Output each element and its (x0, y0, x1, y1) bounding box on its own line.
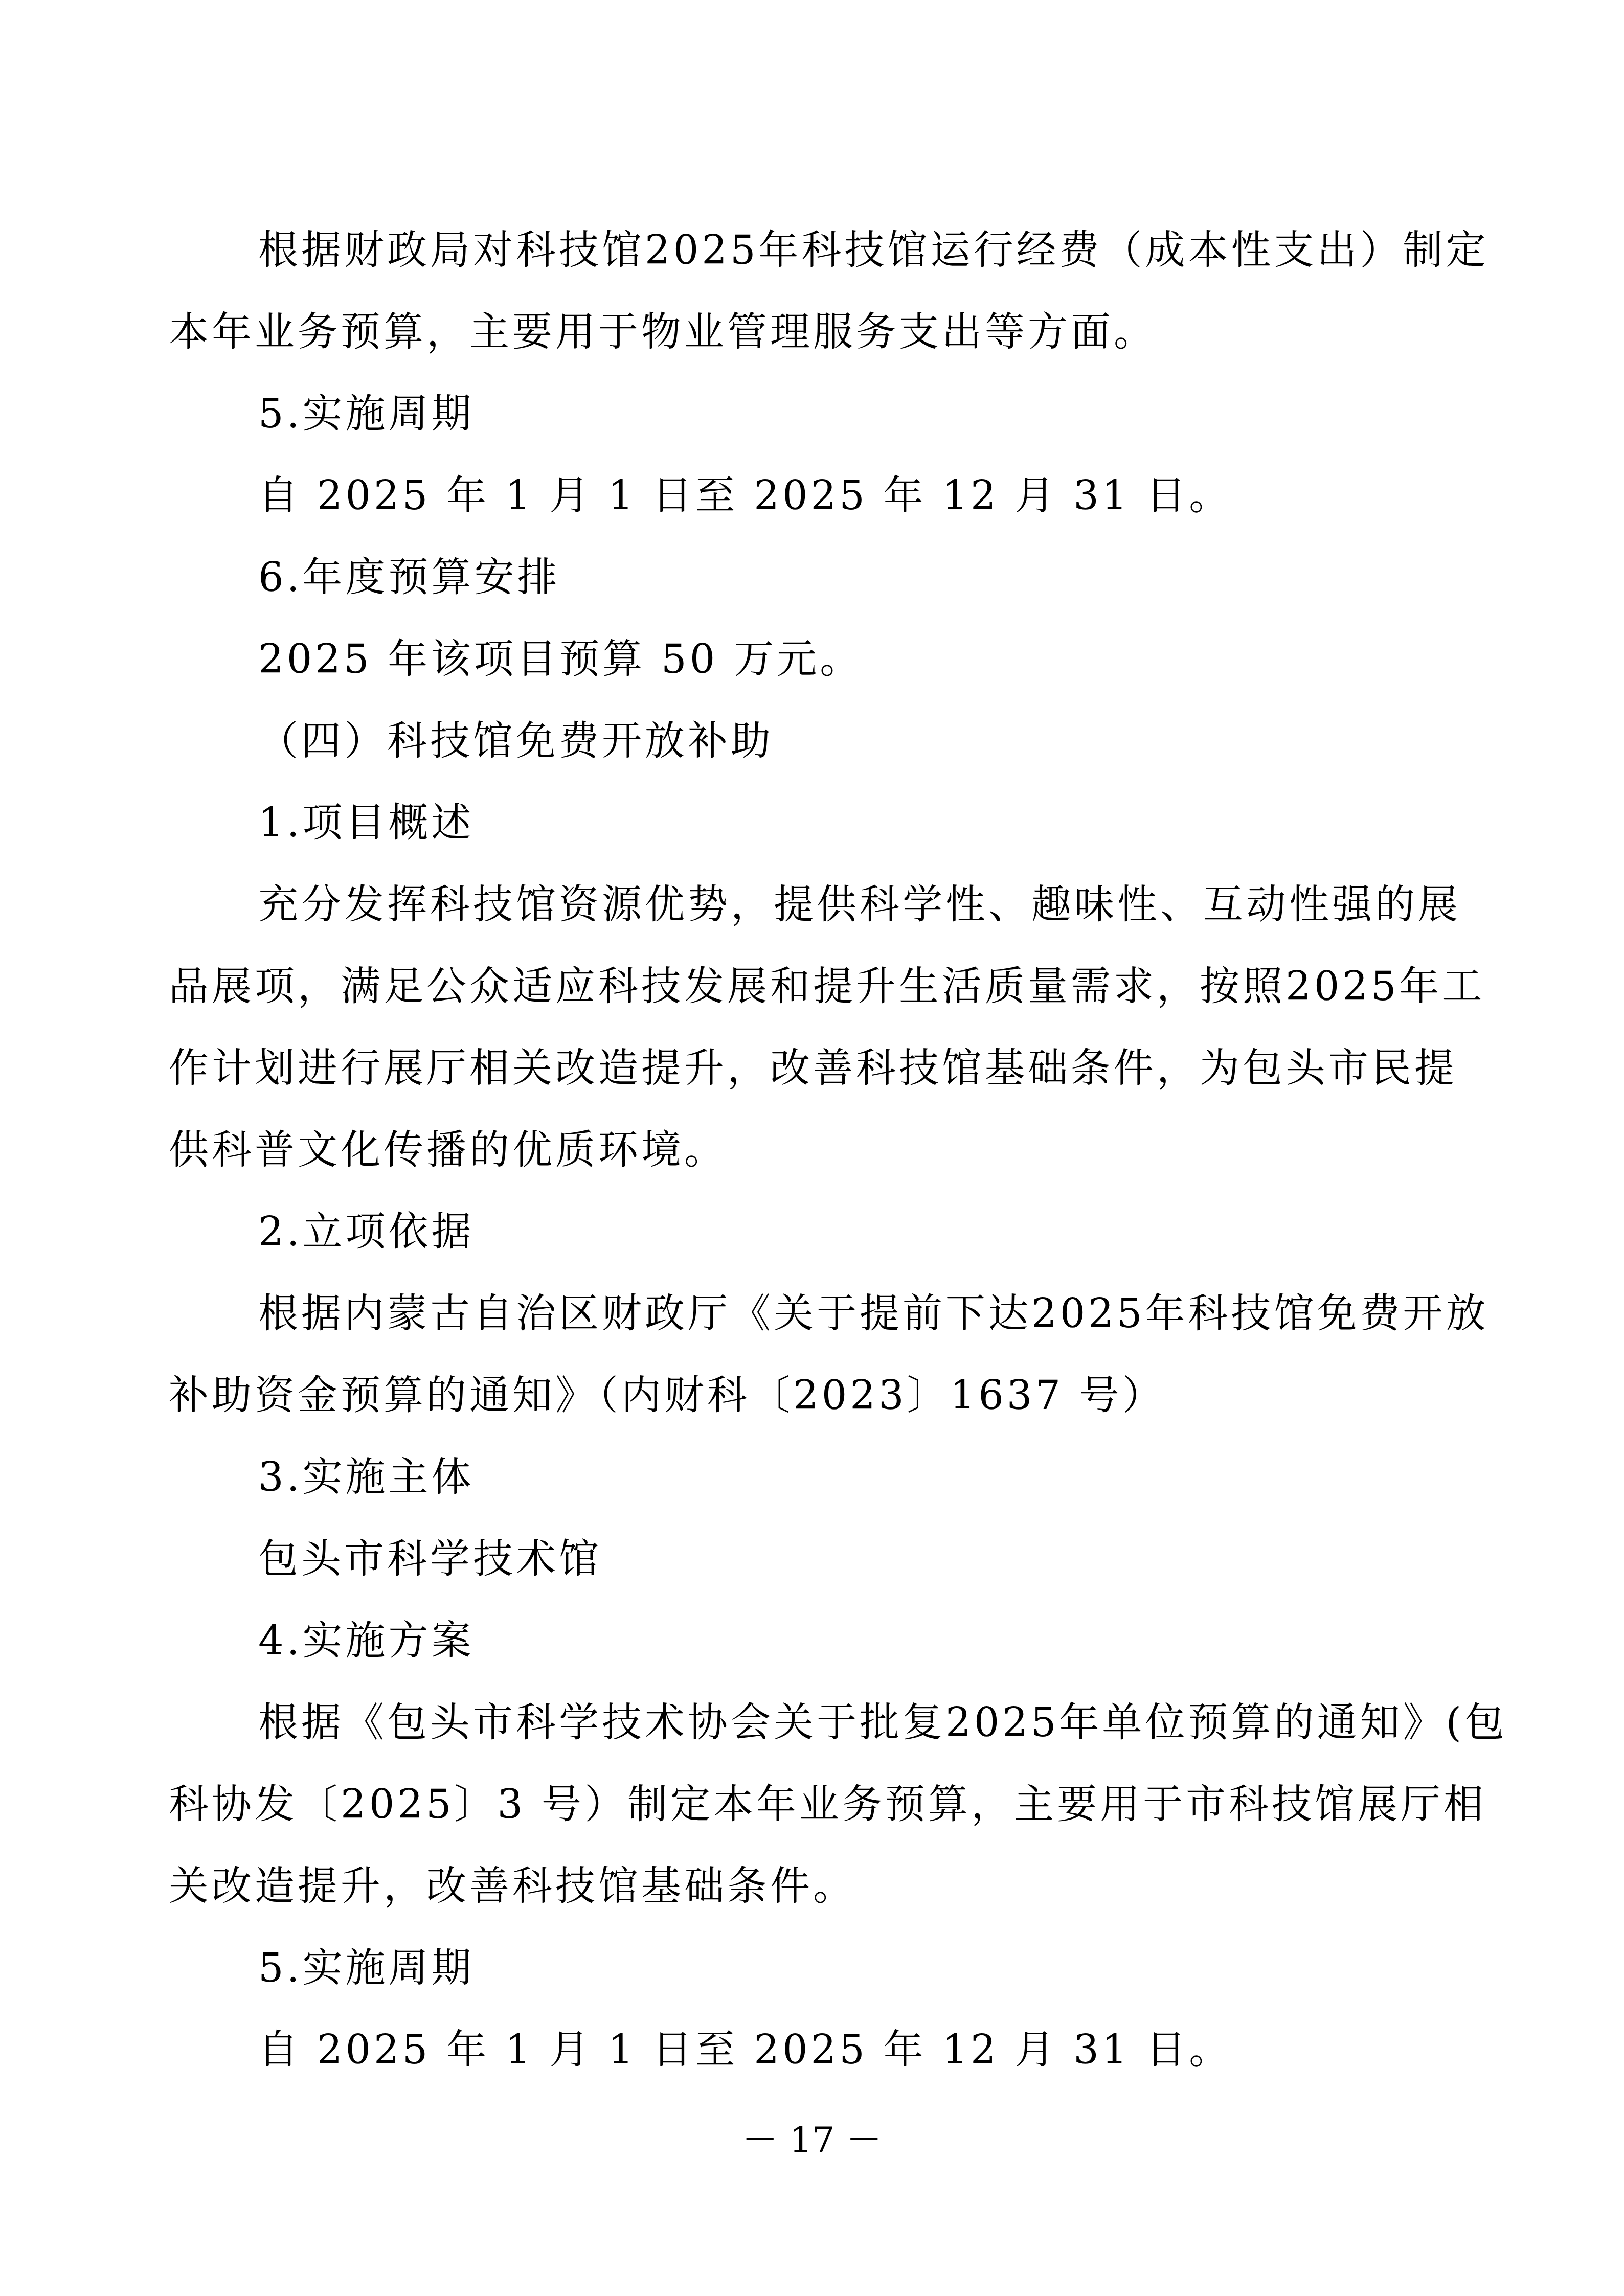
section-heading: 5.实施周期 (258, 1943, 474, 1994)
paragraph-line: 根据财政局对科技馆2025年科技馆运行经费（成本性支出）制定 (258, 225, 1457, 276)
paragraph-line: 根据《包头市科学技术协会关于批复2025年单位预算的通知》(包 (258, 1697, 1457, 1748)
paragraph-line: 补助资金预算的通知》（内财科〔2023〕1637 号） (169, 1370, 1165, 1421)
paragraph-line: 自 2025 年 1 月 1 日至 2025 年 12 月 31 日。 (258, 470, 1232, 521)
paragraph-line: 科协发〔2025〕3 号）制定本年业务预算，主要用于市科技馆展厅相 (169, 1779, 1457, 1830)
section-heading: 1.项目概述 (258, 798, 474, 849)
section-heading: （四）科技馆免费开放补助 (258, 716, 774, 767)
section-heading: 5.实施周期 (258, 389, 474, 440)
paragraph-line: 作计划进行展厅相关改造提升，改善科技馆基础条件，为包头市民提 (169, 1043, 1457, 1094)
paragraph-line: 充分发挥科技馆资源优势，提供科学性、趣味性、互动性强的展 (258, 879, 1457, 930)
paragraph-line: 供科普文化传播的优质环境。 (169, 1125, 727, 1176)
section-heading: 3.实施主体 (258, 1452, 474, 1503)
paragraph-line: 自 2025 年 1 月 1 日至 2025 年 12 月 31 日。 (258, 2025, 1232, 2076)
section-heading: 2.立项依据 (258, 1207, 474, 1258)
paragraph-line: 本年业务预算，主要用于物业管理服务支出等方面。 (169, 307, 1157, 358)
paragraph-line: 品展项，满足公众适应科技发展和提升生活质量需求，按照2025年工 (169, 961, 1457, 1012)
section-heading: 6.年度预算安排 (258, 552, 560, 603)
section-heading: 4.实施方案 (258, 1616, 474, 1667)
paragraph-line: 包头市科学技术馆 (258, 1534, 602, 1585)
document-page: 根据财政局对科技馆2025年科技馆运行经费（成本性支出）制定 本年业务预算，主要… (0, 0, 1624, 2296)
paragraph-line: 关改造提升，改善科技馆基础条件。 (169, 1861, 856, 1912)
paragraph-line: 2025 年该项目预算 50 万元。 (258, 634, 863, 685)
page-number: － 17 － (0, 2111, 1624, 2163)
paragraph-line: 根据内蒙古自治区财政厅《关于提前下达2025年科技馆免费开放 (258, 1288, 1457, 1339)
